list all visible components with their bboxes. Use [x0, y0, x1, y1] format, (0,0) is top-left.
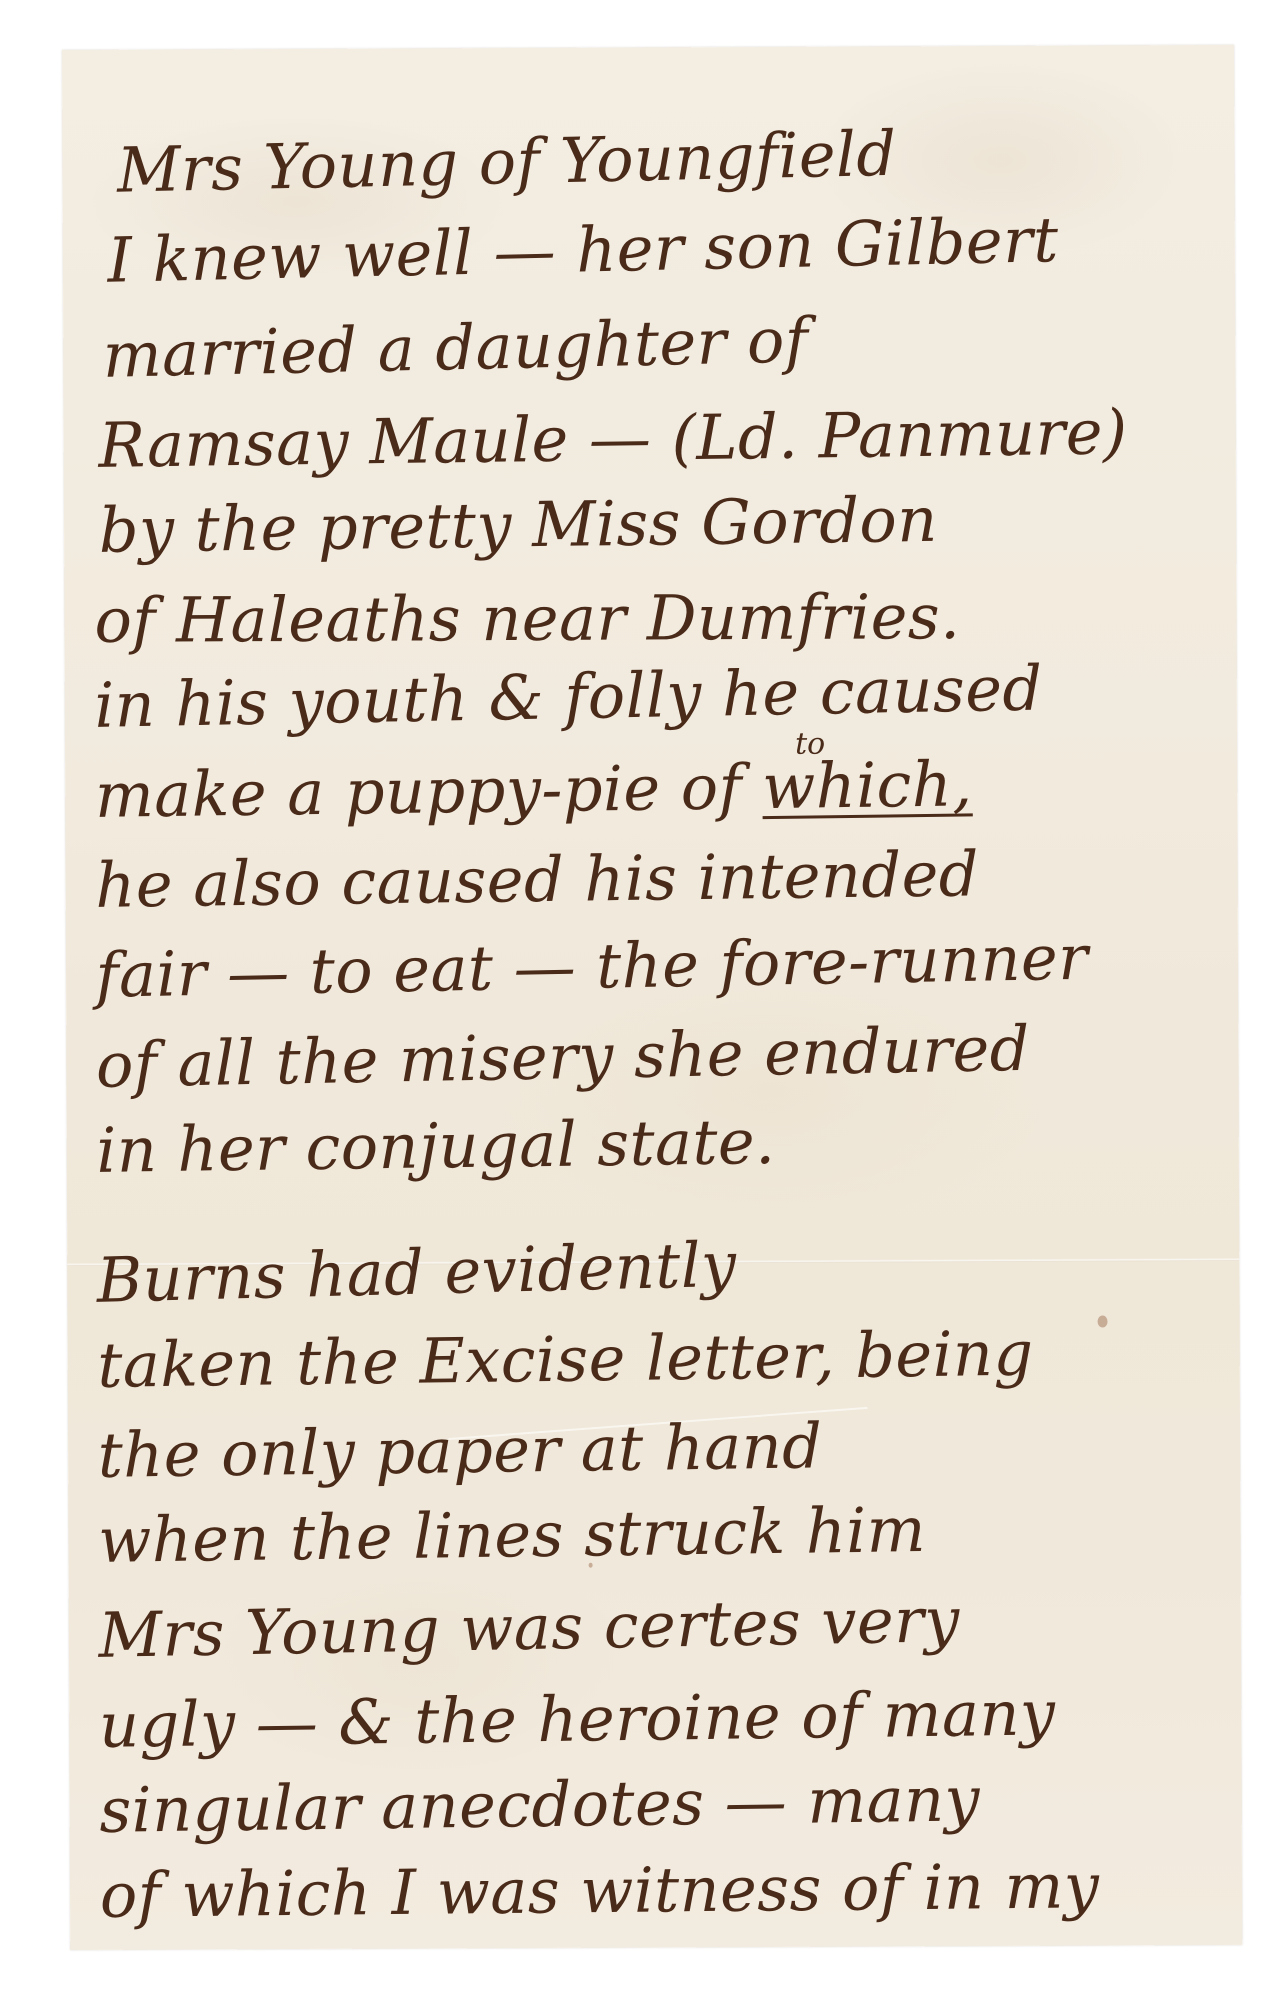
- handwritten-line-3: married a daughter of: [102, 309, 809, 386]
- letter-page: Mrs Young of Youngfield I knew well — he…: [62, 45, 1242, 1950]
- handwritten-line-4: Ramsay Maule — (Ld. Panmure): [98, 401, 1128, 476]
- handwritten-line-16: when the lines struck him: [98, 1499, 926, 1572]
- underlined-word: which,: [762, 747, 973, 823]
- handwritten-line-14: taken the Excise letter, being: [97, 1323, 1034, 1397]
- handwritten-line-6: of Haleaths near Dumfries.: [94, 586, 960, 652]
- handwritten-line-9: he also caused his intended: [95, 843, 979, 917]
- handwritten-line-17: Mrs Young was certes very: [98, 1589, 960, 1667]
- handwritten-line-7: in his youth & folly he caused: [94, 657, 1043, 736]
- ink-stain: [1098, 1315, 1108, 1327]
- handwritten-line-10: fair — to eat — the fore-runner: [95, 927, 1089, 1007]
- handwritten-line-5: by the pretty Miss Gordon: [98, 489, 938, 562]
- handwritten-line-19: singular anecdotes — many: [99, 1768, 980, 1842]
- handwritten-line-2: I knew well — her son Gilbert: [107, 209, 1060, 292]
- handwritten-line-15: the only paper at hand: [97, 1415, 822, 1486]
- handwritten-line-13: Burns had evidently: [96, 1234, 737, 1312]
- handwritten-line-1: Mrs Young of Youngfield: [116, 123, 897, 202]
- handwritten-line-20: of which I was witness of in my: [100, 1855, 1100, 1927]
- handwritten-line-11: of all the misery she endured: [95, 1018, 1030, 1097]
- handwritten-line-12: in her conjugal state.: [96, 1111, 776, 1182]
- handwritten-line-8: make a puppy-pie of which,: [95, 753, 973, 826]
- handwritten-line-18: ugly — & the heroine of many: [99, 1682, 1056, 1757]
